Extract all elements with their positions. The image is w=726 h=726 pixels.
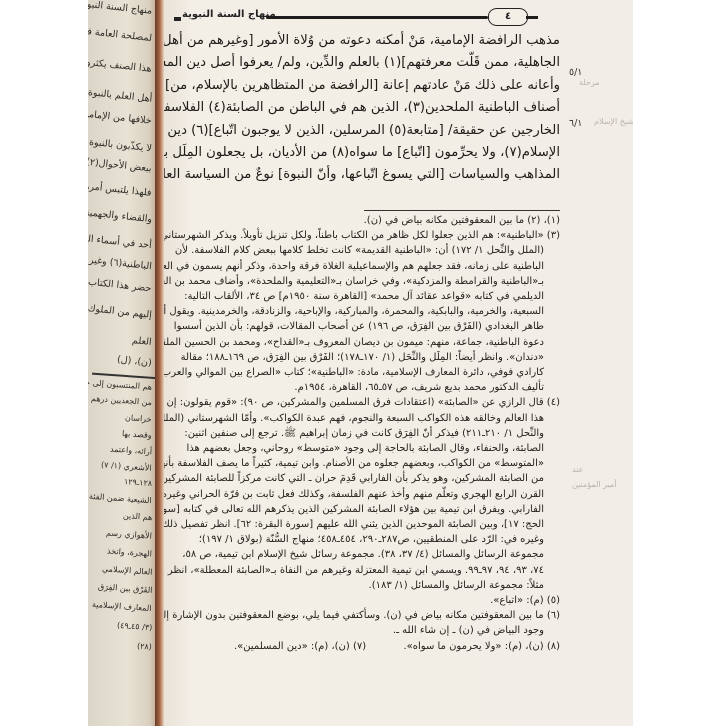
left-page-text-line: المعارف الإسلامية xyxy=(92,600,152,613)
pencil-note: عند xyxy=(572,465,583,474)
left-page-text-line: لا يكذّبون بالنبوة xyxy=(89,137,153,155)
footnote-line: والنِّحل ١/ ٢١٠ـ٢١١) فيذكر أنّ الفِرَق ك… xyxy=(174,426,560,441)
main-text-line: مذهب الرافضة الإمامية، مَنْ أمكنه دعوته … xyxy=(174,30,560,52)
left-page-text-line: أحد في أسماء الله و xyxy=(88,232,152,251)
left-page-fragment: منهاج السنة النبويةلمصلحة العامة في الدي… xyxy=(88,0,160,726)
footnote-line: (الملل والنِّحل ١/ ١٧٢) أن: «الباطنية ال… xyxy=(174,243,560,258)
page-number-cartouche: ٤ xyxy=(488,8,528,26)
left-page-text-line: خراسان xyxy=(125,413,152,424)
footnote-line: الديلمي في كتابه «قواعد عقائد آل محمد» [… xyxy=(174,289,560,304)
left-page-text-line: ببعض الأحوال(٢) xyxy=(88,157,152,175)
pencil-note: شيخ الإسلام xyxy=(594,117,633,126)
footnote-line: الفارابي. ويفرق ابن تيمية بين هؤلاء الصا… xyxy=(174,502,560,517)
left-page-text-line: هم المنتسبون إلى جهم xyxy=(88,377,152,391)
right-page: منهاج السنة النبوية ٤ مذهب الرافضة الإما… xyxy=(164,0,633,726)
left-page-text-line: منهاج السنة النبوية xyxy=(88,0,152,17)
left-page-text-line: أهل العلم بالنبوة والمتشرعة xyxy=(88,82,152,104)
left-page-text-line: العالم الإسلامي xyxy=(101,564,152,576)
left-page-text-line: وقصد بها xyxy=(122,429,152,440)
main-text-line: الإسلام(٧)، ولا يحرِّمون [اتّباع] ما سوا… xyxy=(174,142,560,164)
page-number: ٤ xyxy=(505,11,511,22)
left-page-text-line: ١٢٨ـ١٢٩ xyxy=(124,477,153,488)
left-page-text-line: (٣/ ٤٥ـ٤٩) xyxy=(116,621,152,632)
footnote-separator xyxy=(364,210,560,211)
left-page-text-line: هم الذين xyxy=(122,511,152,522)
left-page-text-line: الفَرْق بين الفِرَق xyxy=(97,582,152,595)
left-page-text-line: خلافها من الإمامية xyxy=(88,108,152,126)
running-header-title: منهاج السنة النبوية xyxy=(182,9,276,20)
footnote-line: دعوة الباطنية، جماعة، منهم: ميمون بن ديص… xyxy=(174,335,560,350)
left-page-text-line: العلم xyxy=(132,335,153,348)
left-page-text-line: هذا الصنف يكثرون xyxy=(88,56,152,75)
header-rule xyxy=(266,16,488,19)
footnote-line: السبعية، والخرمية، والبابكية، والمحمرة، … xyxy=(174,304,560,319)
left-page-text-line: أرائه، واعتمد xyxy=(110,445,153,457)
footnote-line: (٦) ما بين المعقوفتين مكانه بياض في (ن).… xyxy=(174,608,560,623)
footnote-line: (٨) (ن)، (م): «ولا يحرمون ما سواه». xyxy=(403,639,560,654)
footnote-line: الحج: ١٧]، وبين الصابئة الموحدين الذين ي… xyxy=(174,517,560,532)
footnote-line: من الصابئة المشركين، وهو يذكر بأن الفارا… xyxy=(174,471,560,486)
page-header: منهاج السنة النبوية ٤ xyxy=(174,8,544,24)
main-text-line: المذاهب والسياسات [التي يسوغ اتّباعها، و… xyxy=(174,164,560,186)
pencil-note: مرحلة xyxy=(579,78,600,87)
margin-reference: ٦/١ xyxy=(569,118,582,129)
header-end-bar xyxy=(174,17,181,21)
footnote-line: ٧٤، ٩٣، ٩٤، ٩٧ـ٩٩. ويسمي ابن تيمية المعت… xyxy=(174,563,560,578)
footnote-line: (٥) (م): «اتباع». xyxy=(174,593,560,608)
left-page-text-line: الباطنية(٦) وغير xyxy=(89,255,153,273)
left-page-text-line: فلهذا يلتبس أمرهم xyxy=(88,180,152,199)
header-rule-tail xyxy=(526,16,538,19)
footnote-line: (٣) «الباطنية»: هم الذين جعلوا لكل ظاهر … xyxy=(174,228,560,243)
left-page-text-line: حضر هذا الكتاب xyxy=(88,277,152,295)
left-page-text-line: الأهوازي رسم xyxy=(106,528,152,540)
footnote-line: تأليف الدكتور محمد بديع شريف، ص ٥٧ـ٦٥، ا… xyxy=(174,380,560,395)
footnote-line: مثلاً: مجموعة الرسائل والمسائل (١/ ١٨٣). xyxy=(174,578,560,593)
main-text-line: الخارجين عن حقيقة/ [متابعة(٥) المرسلين، … xyxy=(174,120,560,142)
book-spine xyxy=(155,0,164,726)
footnote-line: الباطنية على زمانه، فقد جعلهم هم والإسما… xyxy=(174,259,560,274)
footnote-line: هذا العالم وخالقه هذه الكواكب السبعة وال… xyxy=(174,411,560,426)
left-page-text-line: (٢٨) xyxy=(137,641,152,651)
left-page-text-line: لمصلحة العامة في الدين xyxy=(88,23,152,44)
footnote-line: «المتوسط» من الكواكب، وبعضهم جعلوه من ال… xyxy=(174,456,560,471)
footnotes: (١)، (٢) ما بين المعقوفتين مكانه بياض في… xyxy=(174,213,560,654)
left-page-text-line: الهجرة، واتخذ xyxy=(107,546,152,558)
pencil-note: أمير المؤمنين xyxy=(572,480,617,489)
footnote-line: الصابئة، والحنفاء، وقال الصابئة بالحاجة … xyxy=(174,441,560,456)
margin-reference: ٥/١ xyxy=(569,67,582,78)
footnote-line: بـ«الباطنية والقرامطة والمزدكية»، وفي خر… xyxy=(174,274,560,289)
left-page-text-line: الشيعية ضمن الفئة xyxy=(89,492,152,505)
left-page-text-line: (ن)، (ل) xyxy=(117,354,153,369)
main-text-line: الجاهلية، ممن قَلّت معرفتهم](١) بالعلم و… xyxy=(174,52,560,74)
main-text-line: وأعانه على ذلك مَنْ عادتهم إعانة [الرافض… xyxy=(174,75,560,97)
footnote-line: طاهر البغدادي (الفَرْق بين الفِرَق، ص ١٩… xyxy=(174,319,560,334)
footnote-line: كارادي فوفي، دائرة المعارف الإسلامية، ما… xyxy=(174,365,560,380)
footnote-line: «دندان». وانظر أيضاً: المِلَل والنِّحَل … xyxy=(174,350,560,365)
footnote-line: وجود البياض في (ن) ـ إن شاء الله ـ. xyxy=(174,623,560,638)
main-text: مذهب الرافضة الإمامية، مَنْ أمكنه دعوته … xyxy=(174,30,560,187)
footnote-line: (١)، (٢) ما بين المعقوفتين مكانه بياض في… xyxy=(174,213,560,228)
footnote-line: (٤) قال الرازي عن «الصابئة» (اعتقادات فر… xyxy=(174,395,560,410)
left-page-text-line: والقضاء والجهمية(٤) xyxy=(88,206,152,225)
left-page-text-line: إليهم من الملوك و xyxy=(88,302,152,320)
footnote-line: القرن الرابع الهجري وتعلّم منهم وأخذ عنه… xyxy=(174,487,560,502)
book-photo: منهاج السنة النبويةلمصلحة العامة في الدي… xyxy=(0,0,726,726)
footnote-pair: (٧) (ن)، (م): «دين المسلمين».(٨) (ن)، (م… xyxy=(174,639,560,654)
left-page-text-line: الأشعري (١/ ٧) xyxy=(101,460,152,473)
footnote-line: (٧) (ن)، (م): «دين المسلمين». xyxy=(234,639,366,654)
main-text-line: أصناف الباطنية الملحدين(٣)، الذين هم في … xyxy=(174,97,560,119)
footnote-line: مجموعة الرسائل والمسائل (٤/ ٣٧، ٣٨). مجم… xyxy=(174,547,560,562)
left-page-text-line: من الجعديين درهم xyxy=(91,394,153,407)
footnote-line: وغيره في: الرّد على المنطقيين، ص٢٨٧ـ٢٩٠،… xyxy=(174,532,560,547)
